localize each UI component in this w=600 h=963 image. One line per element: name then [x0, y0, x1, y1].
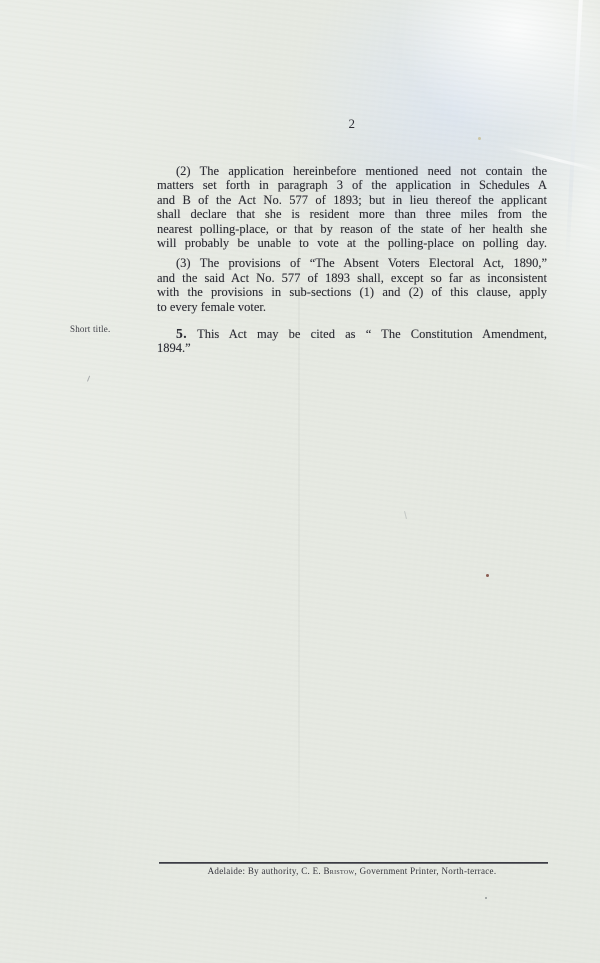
document-page: 2 (2) The application hereinbefore menti… [0, 0, 600, 963]
text-line: and B of the Act No. 577 of 1893; but in… [157, 193, 547, 207]
paper-fold-highlight [565, 0, 584, 270]
section-text: This Act may be cited as “ The Constitut… [197, 327, 547, 341]
text-line: will probably be unable to vote at the p… [157, 236, 547, 250]
body-text: (2) The application hereinbefore mention… [157, 164, 547, 356]
page-number: 2 [157, 116, 547, 132]
paragraph-subsection-2: (2) The application hereinbefore mention… [157, 164, 547, 250]
text-line: (2) The application hereinbefore mention… [157, 164, 547, 178]
text-line: with the provisions in sub-sections (1) … [157, 285, 547, 299]
printer-imprint: Adelaide: By authority, C. E. Bristow, G… [157, 866, 547, 876]
text-line: matters set forth in paragraph 3 of the … [157, 178, 547, 192]
text-line: shall declare that she is resident more … [157, 207, 547, 221]
printer-name: Bristow [324, 866, 355, 876]
text-line: (3) The provisions of “The Absent Voters… [157, 256, 547, 270]
paragraph-subsection-3: (3) The provisions of “The Absent Voters… [157, 256, 547, 314]
divider-rule [159, 862, 548, 864]
section-5-short-title: 5. This Act may be cited as “ The Consti… [157, 327, 547, 356]
ink-speck [404, 511, 407, 519]
margin-note: Short title. [70, 324, 110, 334]
ink-speck [485, 897, 487, 899]
imprint-text: Adelaide: By authority, C. E. [208, 866, 324, 876]
ink-speck [87, 376, 92, 383]
text-line: to every female voter. [157, 300, 547, 314]
ink-speck [486, 574, 489, 577]
ink-speck [478, 137, 481, 140]
text-line: 1894.” [157, 341, 547, 355]
text-line: 5. This Act may be cited as “ The Consti… [157, 327, 547, 341]
text-line: and the said Act No. 577 of 1893 shall, … [157, 271, 547, 285]
section-number: 5. [176, 326, 187, 341]
imprint-text: , Government Printer, North-terrace. [355, 866, 497, 876]
text-line: nearest polling-place, or that by reason… [157, 222, 547, 236]
